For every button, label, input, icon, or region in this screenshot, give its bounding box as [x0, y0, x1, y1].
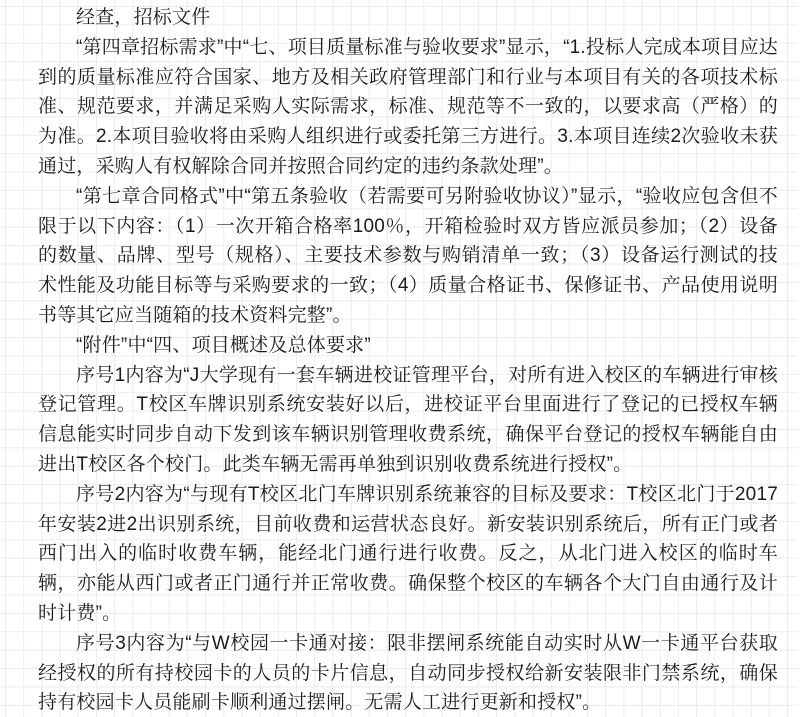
- paragraph: 序号2内容为“与现有T校区北门车牌识别系统兼容的目标及要求：T校区北门于2017…: [38, 480, 778, 629]
- paragraph: 序号1内容为“J大学现有一套车辆进校证管理平台，对所有进入校区的车辆进行审核登记…: [38, 361, 778, 480]
- paragraph: 序号3内容为“与W校园一卡通对接：限非摆闸系统能自动实时从W一卡通平台获取经授权…: [38, 629, 778, 717]
- document-text: 经查，招标文件 “第四章招标需求”中“七、项目质量标准与验收要求”显示，“1.投…: [38, 3, 778, 717]
- paragraph: “附件”中“四、项目概述及总体要求”: [38, 331, 778, 361]
- paragraph: “第七章合同格式”中“第五条验收（若需要可另附验收协议）”显示，“验收应包含但不…: [38, 182, 778, 331]
- document-page: 经查，招标文件 “第四章招标需求”中“七、项目质量标准与验收要求”显示，“1.投…: [0, 0, 812, 717]
- paragraph: 经查，招标文件: [38, 3, 778, 33]
- paragraph: “第四章招标需求”中“七、项目质量标准与验收要求”显示，“1.投标人完成本项目应…: [38, 33, 778, 182]
